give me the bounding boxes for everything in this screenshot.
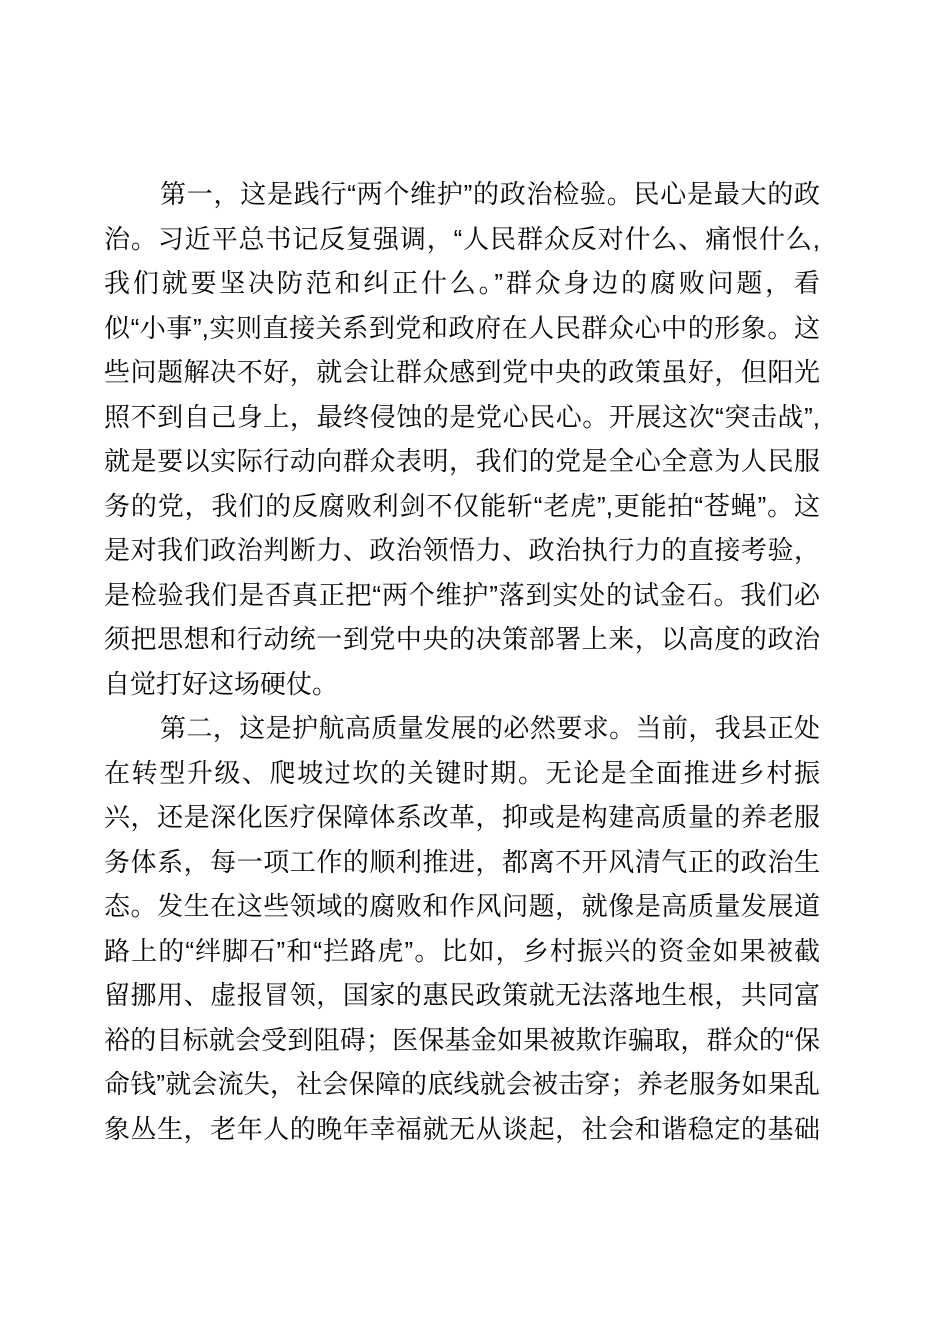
text-line: 就是要以实际行动向群众表明，我们的党是全心全意为人民服	[104, 439, 820, 484]
text-line: 须把思想和行动统一到党中央的决策部署上来，以高度的政治	[104, 617, 820, 662]
text-line: 象丛生，老年人的晚年幸福就无从谈起，社会和谐稳定的基础	[104, 1107, 820, 1152]
text-line: 我们就要坚决防范和纠正什么。”群众身边的腐败问题，看	[104, 261, 820, 306]
document-page: 第一，这是践行“两个维护”的政治检验。民心是最大的政 治。习近平总书记反复强调，…	[0, 0, 950, 1344]
text-line: 兴，还是深化医疗保障体系改革，抑或是构建高质量的养老服	[104, 795, 820, 840]
text-line: 是对我们政治判断力、政治领悟力、政治执行力的直接考验，	[104, 528, 820, 573]
text-line: 命钱”就会流失，社会保障的底线就会被击穿；养老服务如果乱	[104, 1062, 820, 1107]
text-line: 务的党，我们的反腐败利剑不仅能斩“老虎”,更能拍“苍蝇”。这	[104, 484, 820, 529]
text-line: 留挪用、虚报冒领，国家的惠民政策就无法落地生根，共同富	[104, 973, 820, 1018]
text-line: 务体系，每一项工作的顺利推进，都离不开风清气正的政治生	[104, 840, 820, 885]
text-line: 第一，这是践行“两个维护”的政治检验。民心是最大的政	[104, 172, 820, 217]
text-line: 是检验我们是否真正把“两个维护”落到实处的试金石。我们必	[104, 573, 820, 618]
text-line: 治。习近平总书记反复强调，“人民群众反对什么、痛恨什么,	[104, 217, 820, 262]
text-line: 路上的“绊脚石”和“拦路虎”。比如，乡村振兴的资金如果被截	[104, 929, 820, 974]
text-line: 裕的目标就会受到阻碍；医保基金如果被欺诈骗取，群众的“保	[104, 1018, 820, 1063]
text-line: 态。发生在这些领域的腐败和作风问题，就像是高质量发展道	[104, 884, 820, 929]
document-text-block: 第一，这是践行“两个维护”的政治检验。民心是最大的政 治。习近平总书记反复强调，…	[104, 172, 820, 1151]
text-line: 在转型升级、爬坡过坎的关键时期。无论是全面推进乡村振	[104, 751, 820, 796]
paragraph-1: 第一，这是践行“两个维护”的政治检验。民心是最大的政 治。习近平总书记反复强调，…	[104, 172, 820, 706]
text-line: 似“小事”,实则直接关系到党和政府在人民群众心中的形象。这	[104, 306, 820, 351]
text-line: 些问题解决不好，就会让群众感到党中央的政策虽好，但阳光	[104, 350, 820, 395]
text-line: 自觉打好这场硬仗。	[104, 662, 820, 707]
text-line: 第二，这是护航高质量发展的必然要求。当前，我县正处	[104, 706, 820, 751]
text-line: 照不到自己身上，最终侵蚀的是党心民心。开展这次“突击战”,	[104, 395, 820, 440]
paragraph-2: 第二，这是护航高质量发展的必然要求。当前，我县正处 在转型升级、爬坡过坎的关键时…	[104, 706, 820, 1151]
